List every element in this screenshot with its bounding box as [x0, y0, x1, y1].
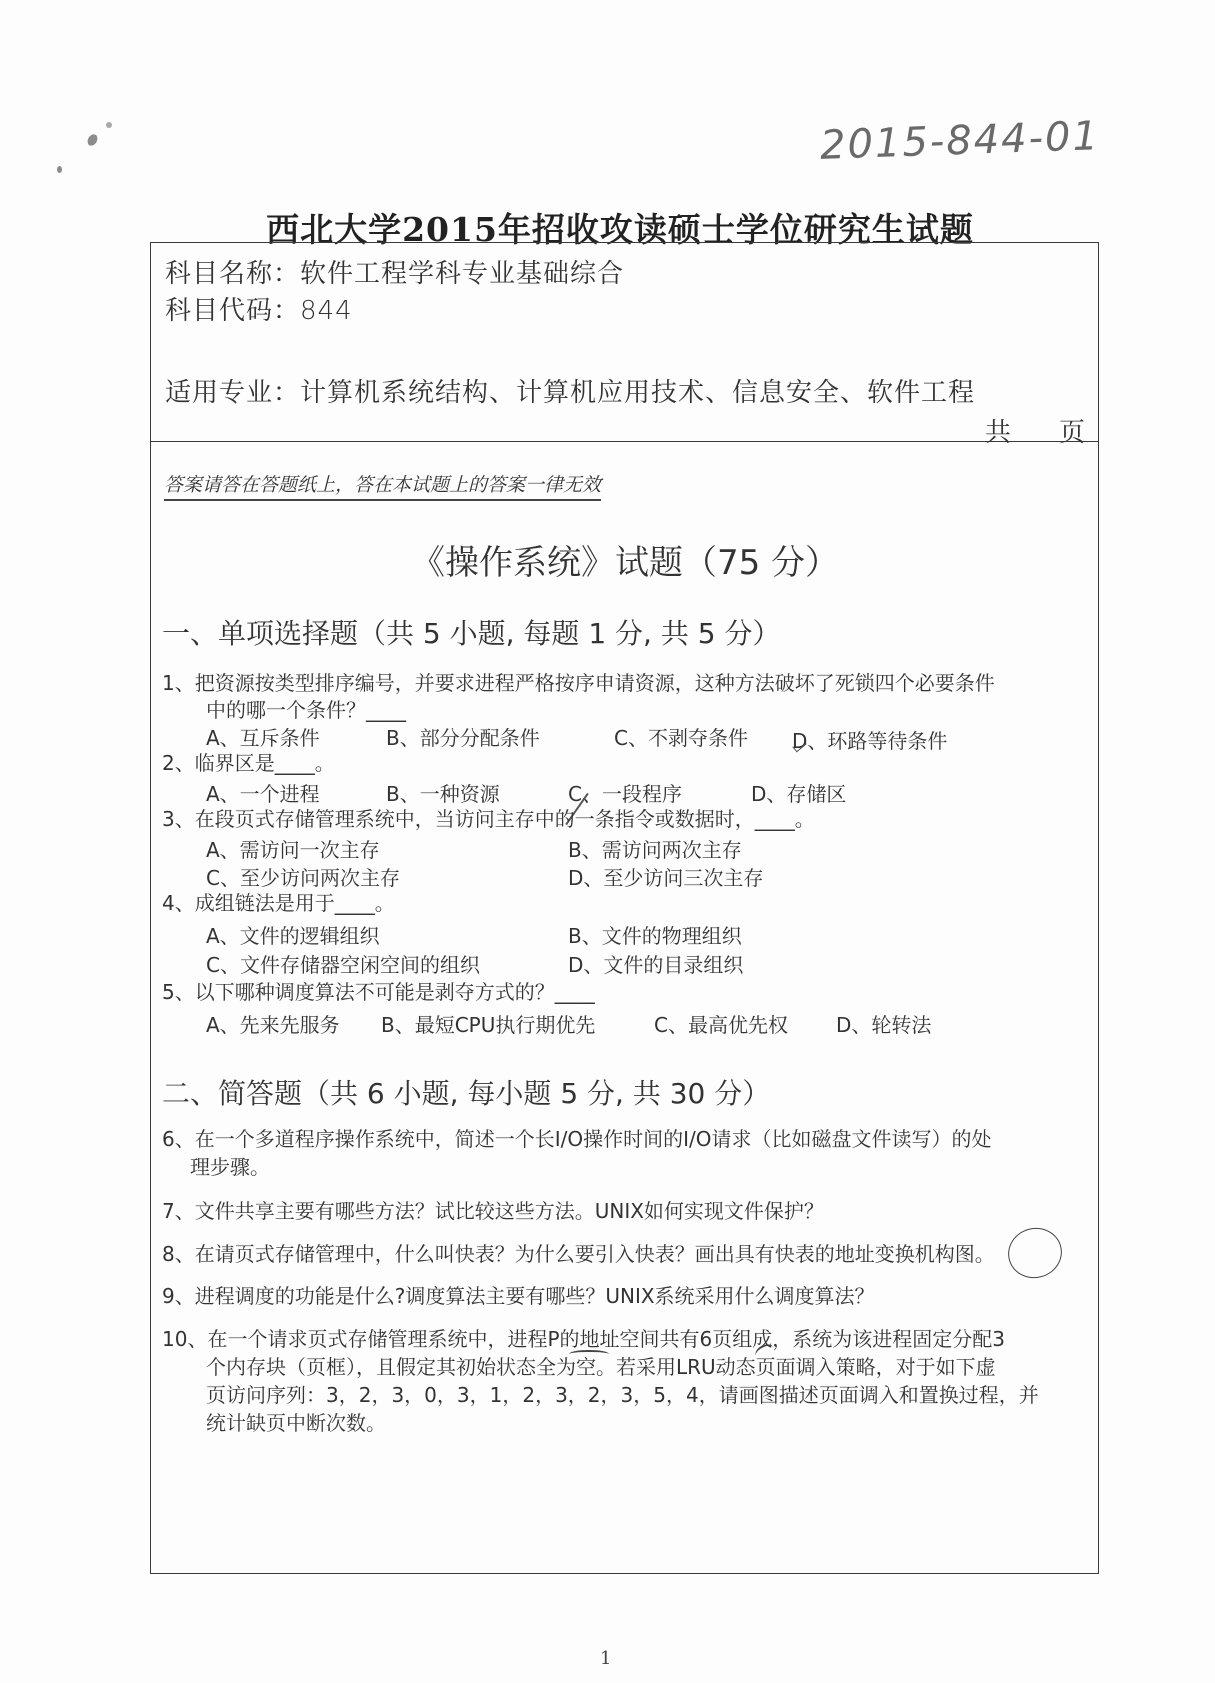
question-text: 7、文件共享主要有哪些方法？试比较这些方法。UNIX如何实现文件保护？ [162, 1199, 824, 1223]
option-c: C、文件存储器空闲空间的组织 [206, 949, 480, 978]
scan-smudge [57, 166, 62, 173]
header-divider [150, 441, 1099, 442]
question-4: 4、成组链法是用于____。 [162, 890, 1087, 917]
question-8: 8、在请页式存储管理中，什么叫快表？为什么要引入快表？画出具有快表的地址变换机构… [162, 1240, 1092, 1268]
question-10: 10、在一个请求页式存储管理系统中，进程P的地址空间共有6页组成，系统为该进程固… [162, 1325, 1092, 1437]
total-pages-suffix: 页 [1059, 418, 1085, 448]
option-c: C、不剥夺条件 [614, 722, 748, 751]
question-stem: 1、把资源按类型排序编号，并要求进程严格按序申请资源，这种方法破坏了死锁四个必要… [162, 671, 995, 695]
question-stem: 4、成组链法是用于____。 [162, 891, 395, 915]
option-b: B、文件的物理组织 [568, 920, 742, 949]
question-6: 6、在一个多道程序操作系统中，简述一个长I/O操作时间的I/O请求（比如磁盘文件… [162, 1125, 1092, 1181]
option-d: D、存储区 [751, 778, 846, 807]
option-a: A、需访问一次主存 [206, 834, 380, 863]
subject-title: 《操作系统》试题（75 分） [150, 535, 1100, 584]
option-b: B、需访问两次主存 [568, 834, 742, 863]
section-heading-short-answer: 二、简答题（共 6 小题, 每小题 5 分, 共 30 分） [162, 1072, 770, 1112]
question-7: 7、文件共享主要有哪些方法？试比较这些方法。UNIX如何实现文件保护？ [162, 1197, 1092, 1225]
subject-code-label: 科目代码： [165, 296, 300, 326]
option-b: B、一种资源 [386, 778, 500, 807]
scan-smudge [106, 122, 112, 128]
total-pages: 共页 [985, 412, 1085, 449]
handwritten-code: 2015-844-01 [819, 113, 1100, 169]
majors-label: 适用专业： [165, 378, 300, 408]
page-number: 1 [600, 1648, 611, 1669]
question-5: 5、以下哪种调度算法不可能是剥夺方式的？____ [162, 979, 1087, 1006]
subject-name-label: 科目名称： [165, 259, 300, 289]
option-d: D、文件的目录组织 [568, 949, 743, 978]
subject-name-value: 软件工程学科专业基础综合 [300, 259, 624, 289]
answer-notice: 答案请答在答题纸上，答在本试题上的答案一律无效 [164, 470, 601, 501]
question-text-cont: 个内存块（页框），且假定其初始状态全为空。若采用LRU动态页面调入策略，对于如下… [162, 1353, 1092, 1381]
subject-name-row: 科目名称：软件工程学科专业基础综合 [165, 253, 624, 290]
question-2: 2、临界区是____。 [162, 750, 1087, 777]
option-d: D、至少访问三次主存 [568, 862, 763, 891]
question-text-cont: 页访问序列：3，2，3，0，3，1，2，3，2，3，5，4，请画图描述页面调入和… [162, 1381, 1092, 1409]
option-a: A、互斥条件 [206, 722, 320, 751]
question-3: 3、在段页式存储管理系统中，当访问主存中的一条指令或数据时，____。 [162, 806, 1087, 833]
option-c: C、一段程序 [568, 778, 682, 807]
question-text: 6、在一个多道程序操作系统中，简述一个长I/O操作时间的I/O请求（比如磁盘文件… [162, 1127, 991, 1151]
option-b: B、最短CPU执行期优先 [381, 1009, 595, 1038]
underline-annotation [569, 1350, 609, 1358]
option-a: A、一个进程 [206, 778, 320, 807]
question-text: 9、进程调度的功能是什么?调度算法主要有哪些？UNIX系统采用什么调度算法？ [162, 1284, 875, 1308]
question-text-cont: 统计缺页中断次数。 [162, 1409, 1092, 1437]
scan-smudge [86, 133, 100, 148]
total-pages-prefix: 共 [985, 418, 1011, 448]
question-9: 9、进程调度的功能是什么?调度算法主要有哪些？UNIX系统采用什么调度算法？ [162, 1282, 1092, 1310]
majors-value: 计算机系统结构、计算机应用技术、信息安全、软件工程 [300, 378, 975, 408]
question-text: 8、在请页式存储管理中，什么叫快表？为什么要引入快表？画出具有快表的地址变换机构… [162, 1242, 995, 1266]
question-stem: 5、以下哪种调度算法不可能是剥夺方式的？____ [162, 980, 595, 1004]
question-stem-cont: 中的哪一个条件？____ [162, 697, 1087, 724]
question-stem: 2、临界区是____。 [162, 751, 335, 775]
subject-code-value: 844 [300, 296, 353, 326]
option-c: C、至少访问两次主存 [206, 862, 400, 891]
section-heading-choice: 一、单项选择题（共 5 小题, 每题 1 分, 共 5 分） [162, 612, 780, 652]
question-text: 10、在一个请求页式存储管理系统中，进程P的地址空间共有6页组成，系统为该进程固… [162, 1327, 1005, 1351]
option-a: A、先来先服务 [206, 1009, 340, 1038]
majors-row: 适用专业：计算机系统结构、计算机应用技术、信息安全、软件工程 [165, 372, 975, 409]
subject-code-row: 科目代码：844 [165, 290, 353, 327]
question-text-cont: 理步骤。 [162, 1153, 1092, 1181]
question-stem: 3、在段页式存储管理系统中，当访问主存中的一条指令或数据时，____。 [162, 807, 815, 831]
option-d: D、轮转法 [836, 1009, 931, 1038]
option-a: A、文件的逻辑组织 [206, 920, 380, 949]
question-1: 1、把资源按类型排序编号，并要求进程严格按序申请资源，这种方法破坏了死锁四个必要… [162, 670, 1087, 724]
option-b: B、部分分配条件 [386, 722, 540, 751]
option-c: C、最高优先权 [654, 1009, 788, 1038]
